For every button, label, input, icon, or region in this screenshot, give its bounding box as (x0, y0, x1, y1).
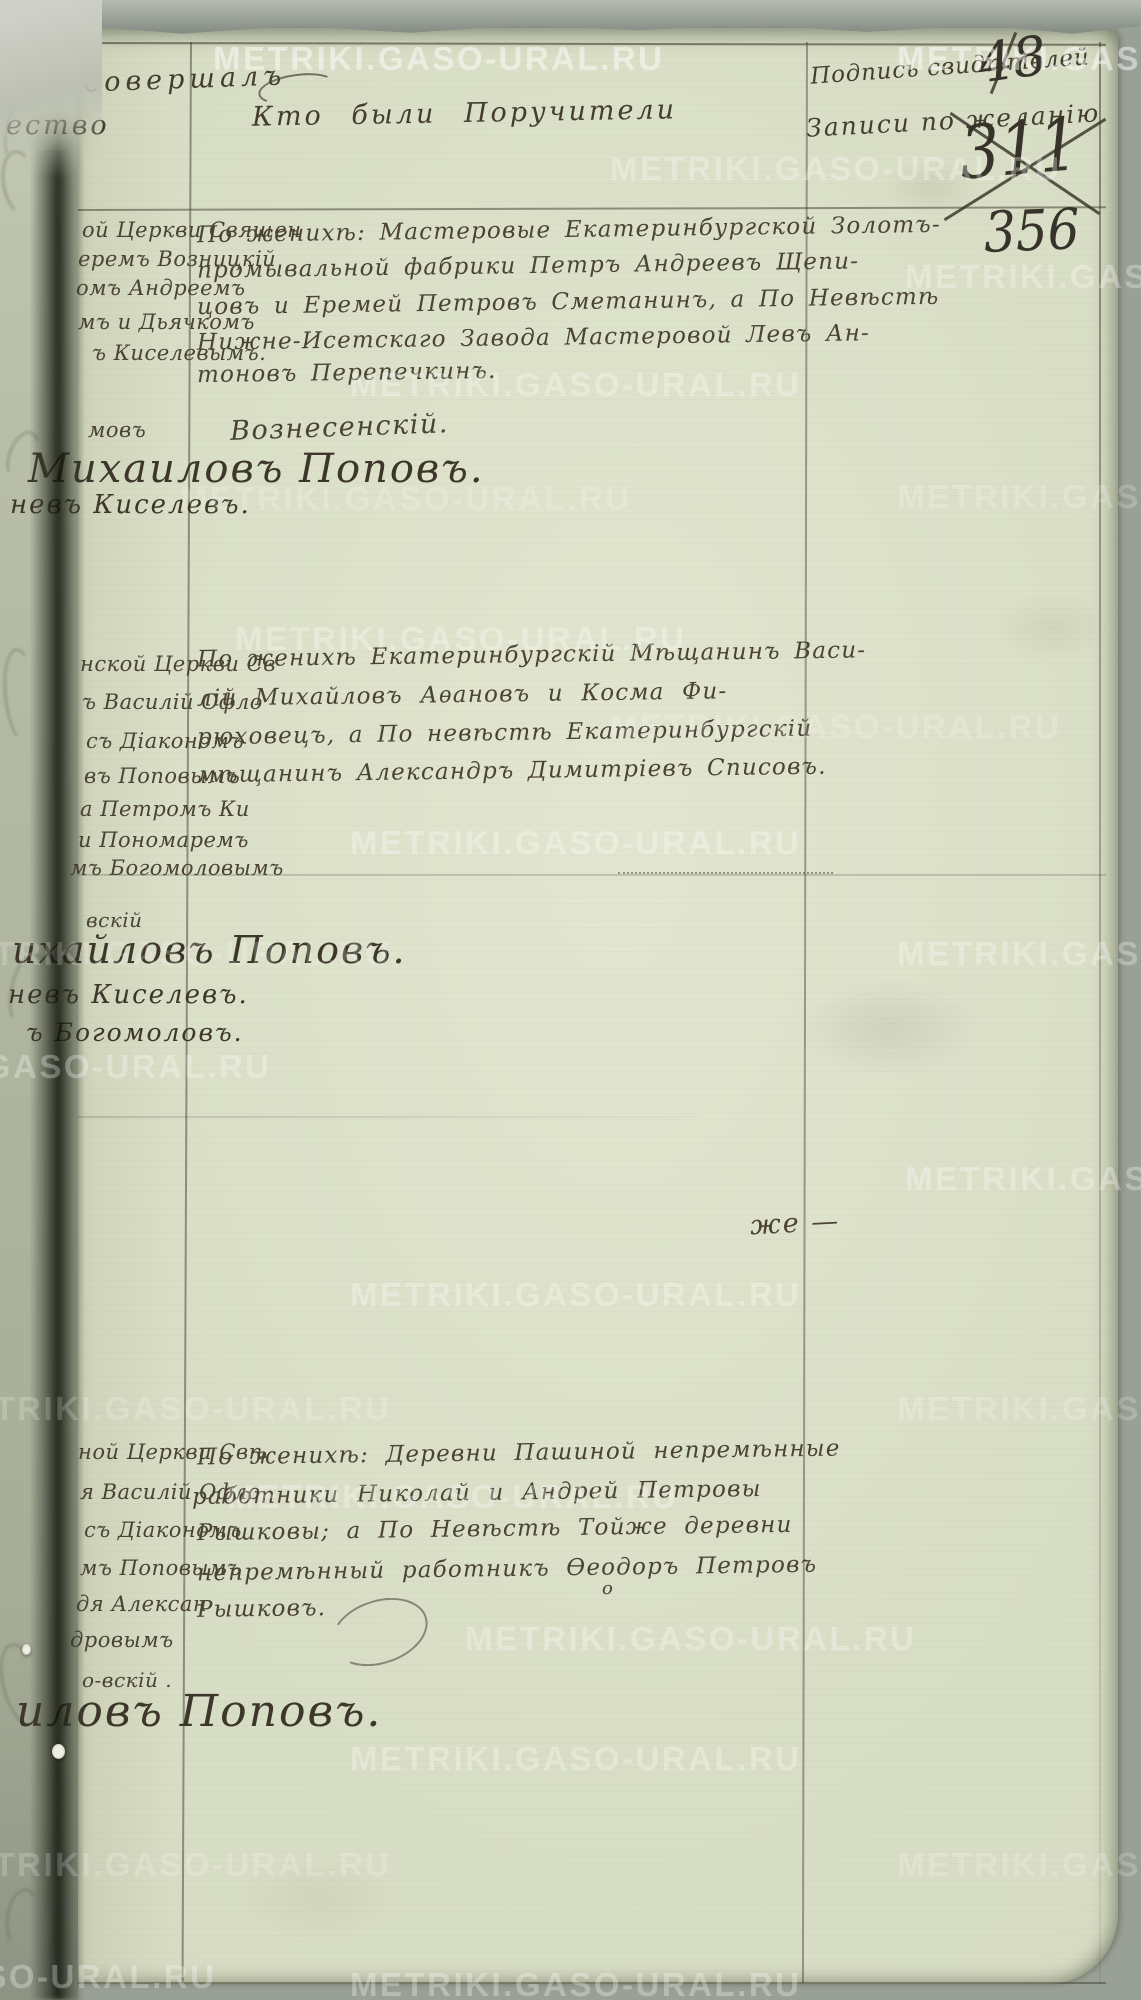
record-number-crossed: 311 (958, 101, 1081, 197)
row-divider-faint (78, 1116, 698, 1118)
clergy-fragment: дровымъ (70, 1628, 174, 1652)
punch-hole (22, 1644, 31, 1655)
clergy-signature: Михаиловъ Поповъ. (28, 446, 485, 492)
row-divider-dotted (618, 872, 833, 874)
clergy-fragment: и Пономаремъ (78, 828, 249, 852)
table-bottom-border (78, 1982, 1106, 1984)
clergy-fragment: мъ Богомоловымъ (70, 856, 284, 880)
table-right-border (1099, 42, 1101, 1983)
ditto-note: же — (749, 1206, 841, 1242)
page-number: 356 (983, 197, 1080, 266)
guarantor-line: Рышковъ. (197, 1595, 327, 1623)
archive-scan-page: совершалъ ество Кто были Поручители Подп… (0, 0, 1141, 2000)
clergy-fragment: мовъ (88, 418, 146, 442)
punch-hole (52, 1744, 65, 1759)
stray-mark: о (602, 1578, 613, 1599)
scan-top-left-corner (0, 0, 102, 150)
clergy-fragment: а Петромъ Ки (80, 797, 250, 821)
book-gutter-shadow (30, 108, 84, 2000)
clergy-fragment: дя Алексан (76, 1592, 207, 1616)
guarantor-line: тоновъ Перепечкинъ. (197, 358, 497, 388)
